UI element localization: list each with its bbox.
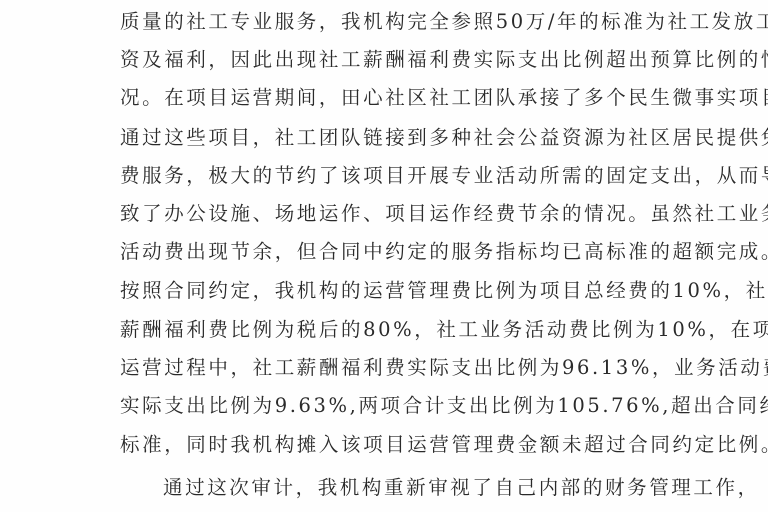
- text-line: 运营过程中，社工薪酬福利费实际支出比例为96.13%，业务活动费: [120, 356, 656, 380]
- document-page: 质量的社工专业服务，我机构完全参照50万/年的标准为社工发放工 资及福利，因此出…: [0, 0, 768, 512]
- paragraph-start-line: 通过这次审计，我机构重新审视了自己内部的财务管理工作，: [163, 476, 699, 500]
- text-line: 费服务，极大的节约了该项目开展专业活动所需的固定支出，从而导: [120, 164, 656, 188]
- text-line: 致了办公设施、场地运作、项目运作经费节余的情况。虽然社工业务: [120, 202, 656, 226]
- text-line: 薪酬福利费比例为税后的80%，社工业务活动费比例为10%，在项目: [120, 318, 656, 342]
- text-line: 质量的社工专业服务，我机构完全参照50万/年的标准为社工发放工: [120, 10, 656, 34]
- text-line: 资及福利，因此出现社工薪酬福利费实际支出比例超出预算比例的情: [120, 48, 656, 72]
- text-line: 况。在项目运营期间，田心社区社工团队承接了多个民生微事实项目，: [120, 86, 656, 110]
- text-line: 按照合同约定，我机构的运营管理费比例为项目总经费的10%，社工: [120, 279, 656, 303]
- text-line: 通过这些项目，社工团队链接到多种社会公益资源为社区居民提供免: [120, 126, 656, 150]
- text-line: 实际支出比例为9.63%,两项合计支出比例为105.76%,超出合同约定: [120, 394, 656, 418]
- text-line: 活动费出现节余，但合同中约定的服务指标均已高标准的超额完成。: [120, 240, 656, 264]
- text-line: 标准，同时我机构摊入该项目运营管理费金额未超过合同约定比例。: [120, 433, 656, 457]
